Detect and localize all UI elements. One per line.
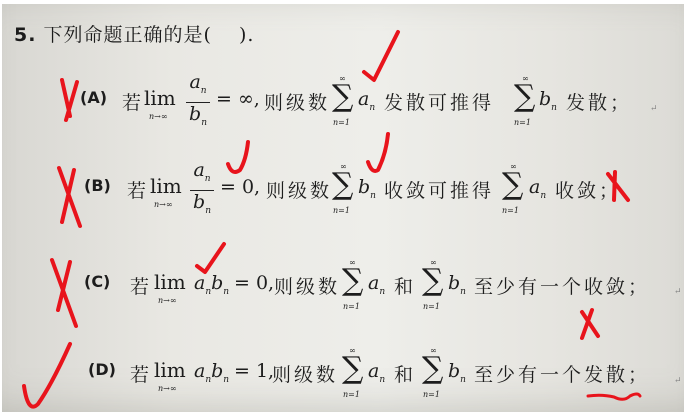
check-icon (228, 142, 248, 172)
check-icon (368, 134, 388, 171)
cross-icon (59, 168, 80, 226)
check-icon (24, 344, 70, 407)
exam-page: 5. 下列命题正确的是( ). (A) 若 lim n→∞ an bn = ∞,… (2, 4, 684, 412)
cross-icon (582, 310, 598, 338)
red-annotations (2, 4, 684, 414)
wavy-underline-icon (588, 394, 640, 399)
cross-icon (62, 80, 77, 120)
cross-icon (52, 260, 76, 326)
check-icon (364, 32, 398, 80)
check-icon (197, 244, 224, 272)
cross-icon (608, 172, 628, 200)
